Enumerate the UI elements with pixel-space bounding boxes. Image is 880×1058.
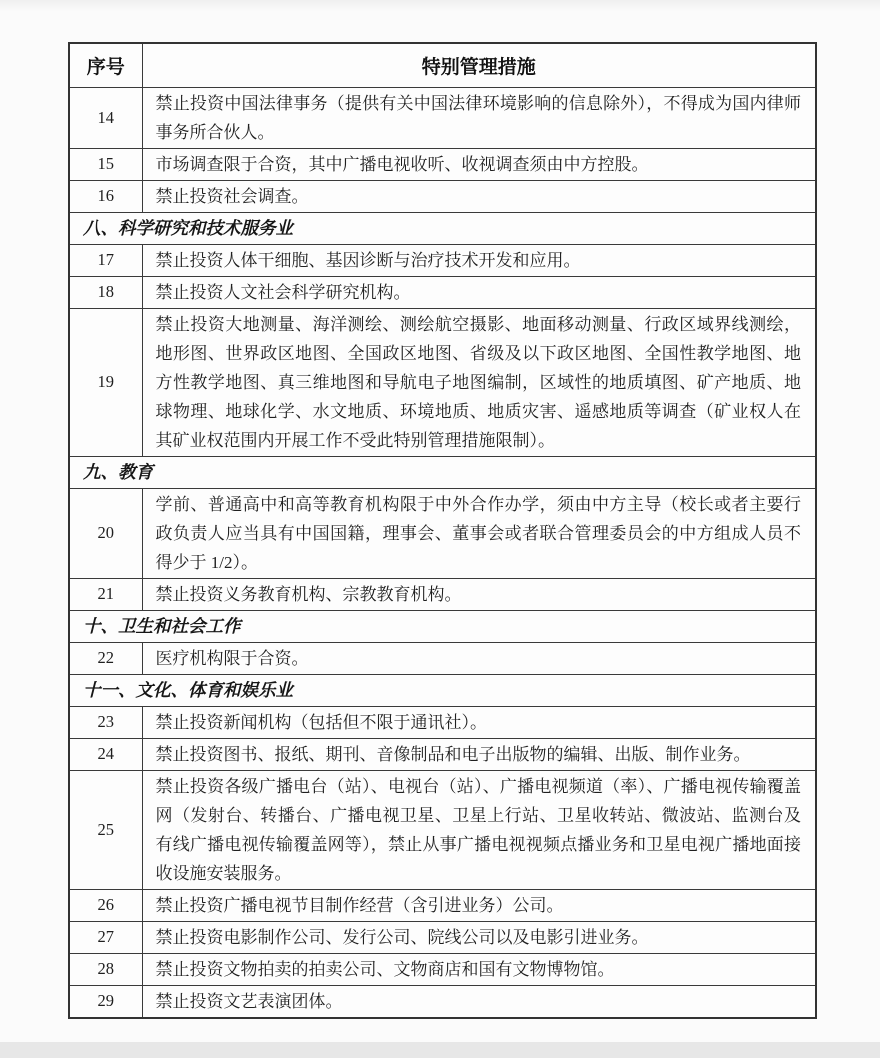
row-measure-text: 禁止投资人体干细胞、基因诊断与治疗技术开发和应用。 [142, 244, 816, 276]
table-row: 29禁止投资文艺表演团体。 [69, 985, 816, 1018]
row-serial-number: 14 [69, 87, 142, 148]
table-row: 21禁止投资义务教育机构、宗教教育机构。 [69, 578, 816, 610]
row-measure-text: 禁止投资文物拍卖的拍卖公司、文物商店和国有文物博物馆。 [142, 953, 816, 985]
row-measure-text: 禁止投资人文社会科学研究机构。 [142, 276, 816, 308]
table-row: 17禁止投资人体干细胞、基因诊断与治疗技术开发和应用。 [69, 244, 816, 276]
table-row: 15市场调查限于合资，其中广播电视收听、收视调查须由中方控股。 [69, 148, 816, 180]
table-row: 23禁止投资新闻机构（包括但不限于通讯社）。 [69, 706, 816, 738]
table-row: 27禁止投资电影制作公司、发行公司、院线公司以及电影引进业务。 [69, 921, 816, 953]
section-header-row: 十、卫生和社会工作 [69, 610, 816, 642]
section-title: 十、卫生和社会工作 [69, 610, 816, 642]
table-row: 24禁止投资图书、报纸、期刊、音像制品和电子出版物的编辑、出版、制作业务。 [69, 738, 816, 770]
section-title: 八、科学研究和技术服务业 [69, 212, 816, 244]
document-page: { "table": { "headers": { "no": "序号", "m… [0, 0, 880, 1058]
row-serial-number: 20 [69, 488, 142, 578]
row-serial-number: 29 [69, 985, 142, 1018]
row-measure-text: 禁止投资中国法律事务（提供有关中国法律环境影响的信息除外），不得成为国内律师事务… [142, 87, 816, 148]
measures-table-body: 14禁止投资中国法律事务（提供有关中国法律环境影响的信息除外），不得成为国内律师… [69, 87, 816, 1018]
table-row: 28禁止投资文物拍卖的拍卖公司、文物商店和国有文物博物馆。 [69, 953, 816, 985]
row-measure-text: 禁止投资图书、报纸、期刊、音像制品和电子出版物的编辑、出版、制作业务。 [142, 738, 816, 770]
table-row: 16禁止投资社会调查。 [69, 180, 816, 212]
table-row: 26禁止投资广播电视节目制作经营（含引进业务）公司。 [69, 889, 816, 921]
row-serial-number: 21 [69, 578, 142, 610]
row-measure-text: 学前、普通高中和高等教育机构限于中外合作办学，须由中方主导（校长或者主要行政负责… [142, 488, 816, 578]
section-title: 九、教育 [69, 456, 816, 488]
row-serial-number: 22 [69, 642, 142, 674]
row-measure-text: 禁止投资社会调查。 [142, 180, 816, 212]
row-serial-number: 26 [69, 889, 142, 921]
section-header-row: 九、教育 [69, 456, 816, 488]
column-header-special-measures: 特别管理措施 [142, 43, 816, 87]
table-row: 22医疗机构限于合资。 [69, 642, 816, 674]
page-top-margin-shade [0, 0, 880, 12]
column-header-serial-number: 序号 [69, 43, 142, 87]
row-measure-text: 禁止投资各级广播电台（站）、电视台（站）、广播电视频道（率）、广播电视传输覆盖网… [142, 770, 816, 889]
row-serial-number: 28 [69, 953, 142, 985]
table-header-row: 序号 特别管理措施 [69, 43, 816, 87]
table-row: 14禁止投资中国法律事务（提供有关中国法律环境影响的信息除外），不得成为国内律师… [69, 87, 816, 148]
row-measure-text: 禁止投资电影制作公司、发行公司、院线公司以及电影引进业务。 [142, 921, 816, 953]
table-row: 18禁止投资人文社会科学研究机构。 [69, 276, 816, 308]
page-bottom-margin-shade [0, 1042, 880, 1058]
row-serial-number: 27 [69, 921, 142, 953]
table-row: 19禁止投资大地测量、海洋测绘、测绘航空摄影、地面移动测量、行政区域界线测绘，地… [69, 308, 816, 456]
section-header-row: 八、科学研究和技术服务业 [69, 212, 816, 244]
row-measure-text: 市场调查限于合资，其中广播电视收听、收视调查须由中方控股。 [142, 148, 816, 180]
row-measure-text: 医疗机构限于合资。 [142, 642, 816, 674]
section-title: 十一、文化、体育和娱乐业 [69, 674, 816, 706]
row-serial-number: 23 [69, 706, 142, 738]
row-serial-number: 19 [69, 308, 142, 456]
row-serial-number: 25 [69, 770, 142, 889]
row-serial-number: 17 [69, 244, 142, 276]
section-header-row: 十一、文化、体育和娱乐业 [69, 674, 816, 706]
row-measure-text: 禁止投资大地测量、海洋测绘、测绘航空摄影、地面移动测量、行政区域界线测绘，地形图… [142, 308, 816, 456]
row-measure-text: 禁止投资广播电视节目制作经营（含引进业务）公司。 [142, 889, 816, 921]
table-row: 20学前、普通高中和高等教育机构限于中外合作办学，须由中方主导（校长或者主要行政… [69, 488, 816, 578]
row-measure-text: 禁止投资文艺表演团体。 [142, 985, 816, 1018]
row-measure-text: 禁止投资义务教育机构、宗教教育机构。 [142, 578, 816, 610]
special-measures-table: 序号 特别管理措施 14禁止投资中国法律事务（提供有关中国法律环境影响的信息除外… [68, 42, 817, 1019]
row-serial-number: 24 [69, 738, 142, 770]
row-serial-number: 18 [69, 276, 142, 308]
row-measure-text: 禁止投资新闻机构（包括但不限于通讯社）。 [142, 706, 816, 738]
row-serial-number: 16 [69, 180, 142, 212]
row-serial-number: 15 [69, 148, 142, 180]
table-row: 25禁止投资各级广播电台（站）、电视台（站）、广播电视频道（率）、广播电视传输覆… [69, 770, 816, 889]
